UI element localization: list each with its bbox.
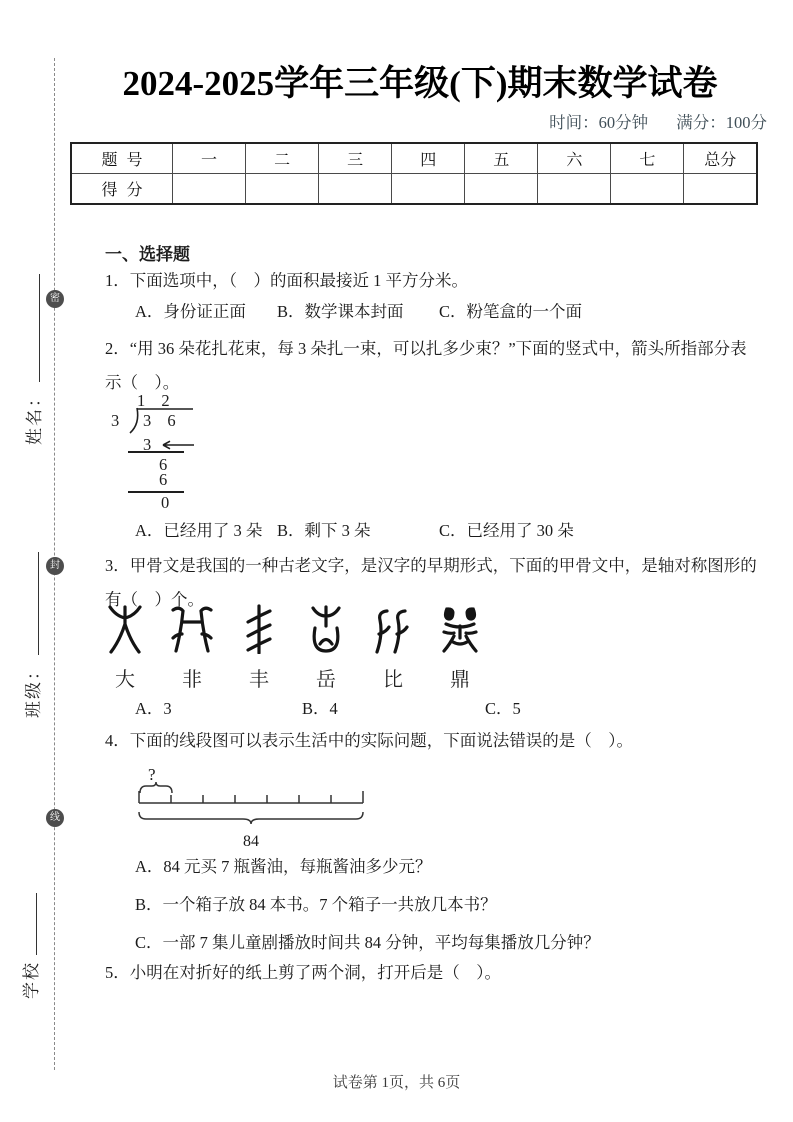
q2-option-c: C．已经用了 30 朵 <box>439 516 574 546</box>
score-cell <box>611 174 684 205</box>
diagram-unknown-label: ? <box>148 765 156 784</box>
student-name-field: 姓名： <box>20 274 45 445</box>
glyph-cell-yue: 岳 <box>301 604 351 692</box>
score-table-header-row: 题号 一 二 三 四 五 六 七 总分 <box>71 143 757 174</box>
q4-options: A．84 元买 7 瓶酱油，每瓶酱油多少元？ B．一个箱子放 84 本书。7 个… <box>105 856 793 970</box>
division-rule-2 <box>128 491 184 493</box>
q3-options: A．3 B．4 C．5 <box>105 694 793 724</box>
glyph-label: 鼎 <box>450 663 470 692</box>
student-class-field: 班级： <box>19 552 44 718</box>
glyph-label: 大 <box>115 663 135 692</box>
col-5: 五 <box>465 143 538 174</box>
col-4: 四 <box>392 143 465 174</box>
q1-option-c: C．粉笔盒的一个面 <box>439 297 582 327</box>
col-1: 一 <box>173 143 246 174</box>
q2-option-b: B．剩下 3 朵 <box>277 516 439 546</box>
q3-option-a: A．3 <box>135 694 302 724</box>
diagram-small-brace <box>140 782 172 793</box>
student-school-field: 学校 <box>17 893 42 999</box>
class-blank-line <box>25 552 39 655</box>
division-remainder: 0 <box>161 494 169 512</box>
q1-options: A．身份证正面 B．数学课本封面 C．粉笔盒的一个面 <box>105 297 793 327</box>
name-blank-line <box>26 274 40 382</box>
fullscore-info: 满分：100分 <box>676 113 767 132</box>
col-3: 三 <box>319 143 392 174</box>
score-cell <box>538 174 611 205</box>
glyph-cell-bi: 比 <box>368 604 418 692</box>
score-cell <box>392 174 465 205</box>
score-cell <box>465 174 538 205</box>
glyph-label: 非 <box>182 663 202 692</box>
score-cell <box>246 174 319 205</box>
exam-page: 密 封 线 姓名： 班级： 学校 2024-2025学年三年级(下)期末数学试卷… <box>0 0 793 1122</box>
glyph-cell-da: 大 <box>100 604 150 692</box>
col-6: 六 <box>538 143 611 174</box>
score-cell <box>684 174 757 205</box>
name-label: 姓名： <box>25 388 44 445</box>
school-label: 学校 <box>22 961 41 999</box>
q3-oracle-glyphs: 大 非 丰 岳 比 <box>100 604 485 692</box>
glyph-cell-feng: 丰 <box>234 604 284 692</box>
glyph-label: 比 <box>383 663 403 692</box>
q4-segment-diagram: ? 84 <box>133 756 383 852</box>
glyph-cell-ding: 鼎 <box>435 604 485 692</box>
q1-option-a: A．身份证正面 <box>135 297 277 327</box>
glyph-cell-fei: 非 <box>167 604 217 692</box>
score-cell <box>319 174 392 205</box>
seal-char-feng: 封 <box>46 557 64 575</box>
oracle-glyph-yue-icon <box>302 604 350 654</box>
oracle-glyph-ding-icon <box>436 604 484 654</box>
q4-stem: 4．下面的线段图可以表示生活中的实际问题，下面说法错误的是（ ）。 <box>105 726 763 756</box>
page-footer: 试卷第 1页，共 6页 <box>0 1071 793 1092</box>
page-title: 2024-2025学年三年级(下)期末数学试卷 <box>70 56 770 106</box>
class-label: 班级： <box>24 661 43 718</box>
division-rule-1 <box>128 451 184 453</box>
col-2: 二 <box>246 143 319 174</box>
q1-option-b: B．数学课本封面 <box>277 297 439 327</box>
division-dividend: 3 6 <box>143 412 176 430</box>
division-divisor: 3 <box>111 412 119 430</box>
q3-option-b: B．4 <box>302 694 485 724</box>
q2-options: A．已经用了 3 朵 B．剩下 3 朵 C．已经用了 30 朵 <box>105 516 793 546</box>
q1-stem: 1．下面选项中，（ ）的面积最接近 1 平方分米。 <box>105 266 763 296</box>
question-number-label: 题号 <box>71 143 173 174</box>
oracle-glyph-bi-icon <box>369 604 417 654</box>
q4-option-b: B．一个箱子放 84 本书。7 个箱子一共放几本书？ <box>135 894 793 916</box>
q2-option-a: A．已经用了 3 朵 <box>135 516 277 546</box>
exam-meta: 时间：60分钟 满分：100分 <box>525 109 767 133</box>
q4-option-c: C．一部 7 集儿童剧播放时间共 84 分钟，平均每集播放几分钟？ <box>135 932 793 954</box>
q3-option-c: C．5 <box>485 694 521 724</box>
score-label: 得分 <box>71 174 173 205</box>
diagram-big-brace <box>139 812 363 824</box>
seal-char-mi: 密 <box>46 290 64 308</box>
col-total: 总分 <box>684 143 757 174</box>
col-7: 七 <box>611 143 684 174</box>
glyph-label: 岳 <box>316 663 336 692</box>
score-cell <box>173 174 246 205</box>
division-subtract: 6 <box>159 471 167 489</box>
arrow-left-icon <box>157 439 197 451</box>
oracle-glyph-fei-icon <box>168 604 216 654</box>
oracle-glyph-feng-icon <box>235 604 283 654</box>
glyph-label: 丰 <box>249 663 269 692</box>
seal-char-xian: 线 <box>46 809 64 827</box>
diagram-total-label: 84 <box>243 833 259 850</box>
q5-stem: 5．小明在对折好的纸上剪了两个洞，打开后是（ ）。 <box>105 958 763 988</box>
q4-option-a: A．84 元买 7 瓶酱油，每瓶酱油多少元？ <box>135 856 793 878</box>
time-info: 时间：60分钟 <box>549 113 648 132</box>
school-blank-line <box>23 893 37 955</box>
score-table-score-row: 得分 <box>71 174 757 205</box>
q2-long-division: 1 2 3 3 6 3 6 6 0 <box>105 390 265 525</box>
oracle-glyph-da-icon <box>101 604 149 654</box>
score-table: 题号 一 二 三 四 五 六 七 总分 得分 <box>70 142 758 205</box>
